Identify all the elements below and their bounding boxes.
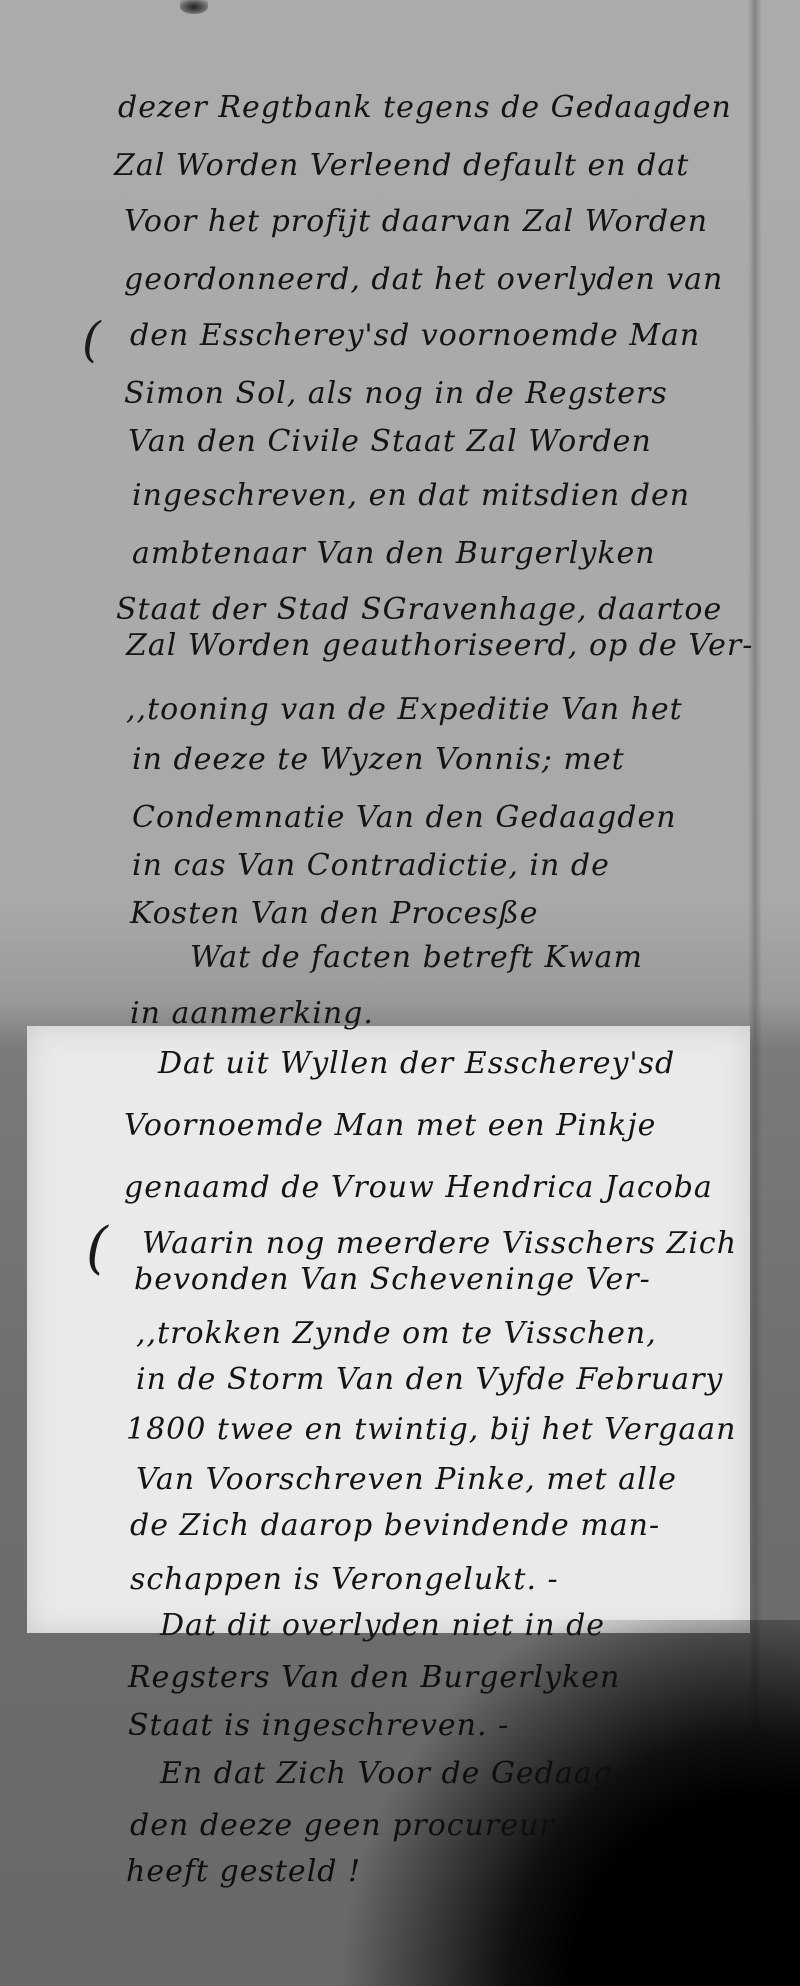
text-line: En dat Zich Voor de Gedaag- xyxy=(160,1756,624,1791)
text-line: Staat is ingeschreven. - xyxy=(128,1708,509,1743)
text-line: Regsters Van den Burgerlyken xyxy=(128,1660,620,1695)
lower-text-block: Regsters Van den Burgerlyken Staat is in… xyxy=(0,0,800,1986)
text-line: den deeze geen procureur xyxy=(130,1808,555,1843)
text-line: heeft gesteld ! xyxy=(126,1854,361,1889)
